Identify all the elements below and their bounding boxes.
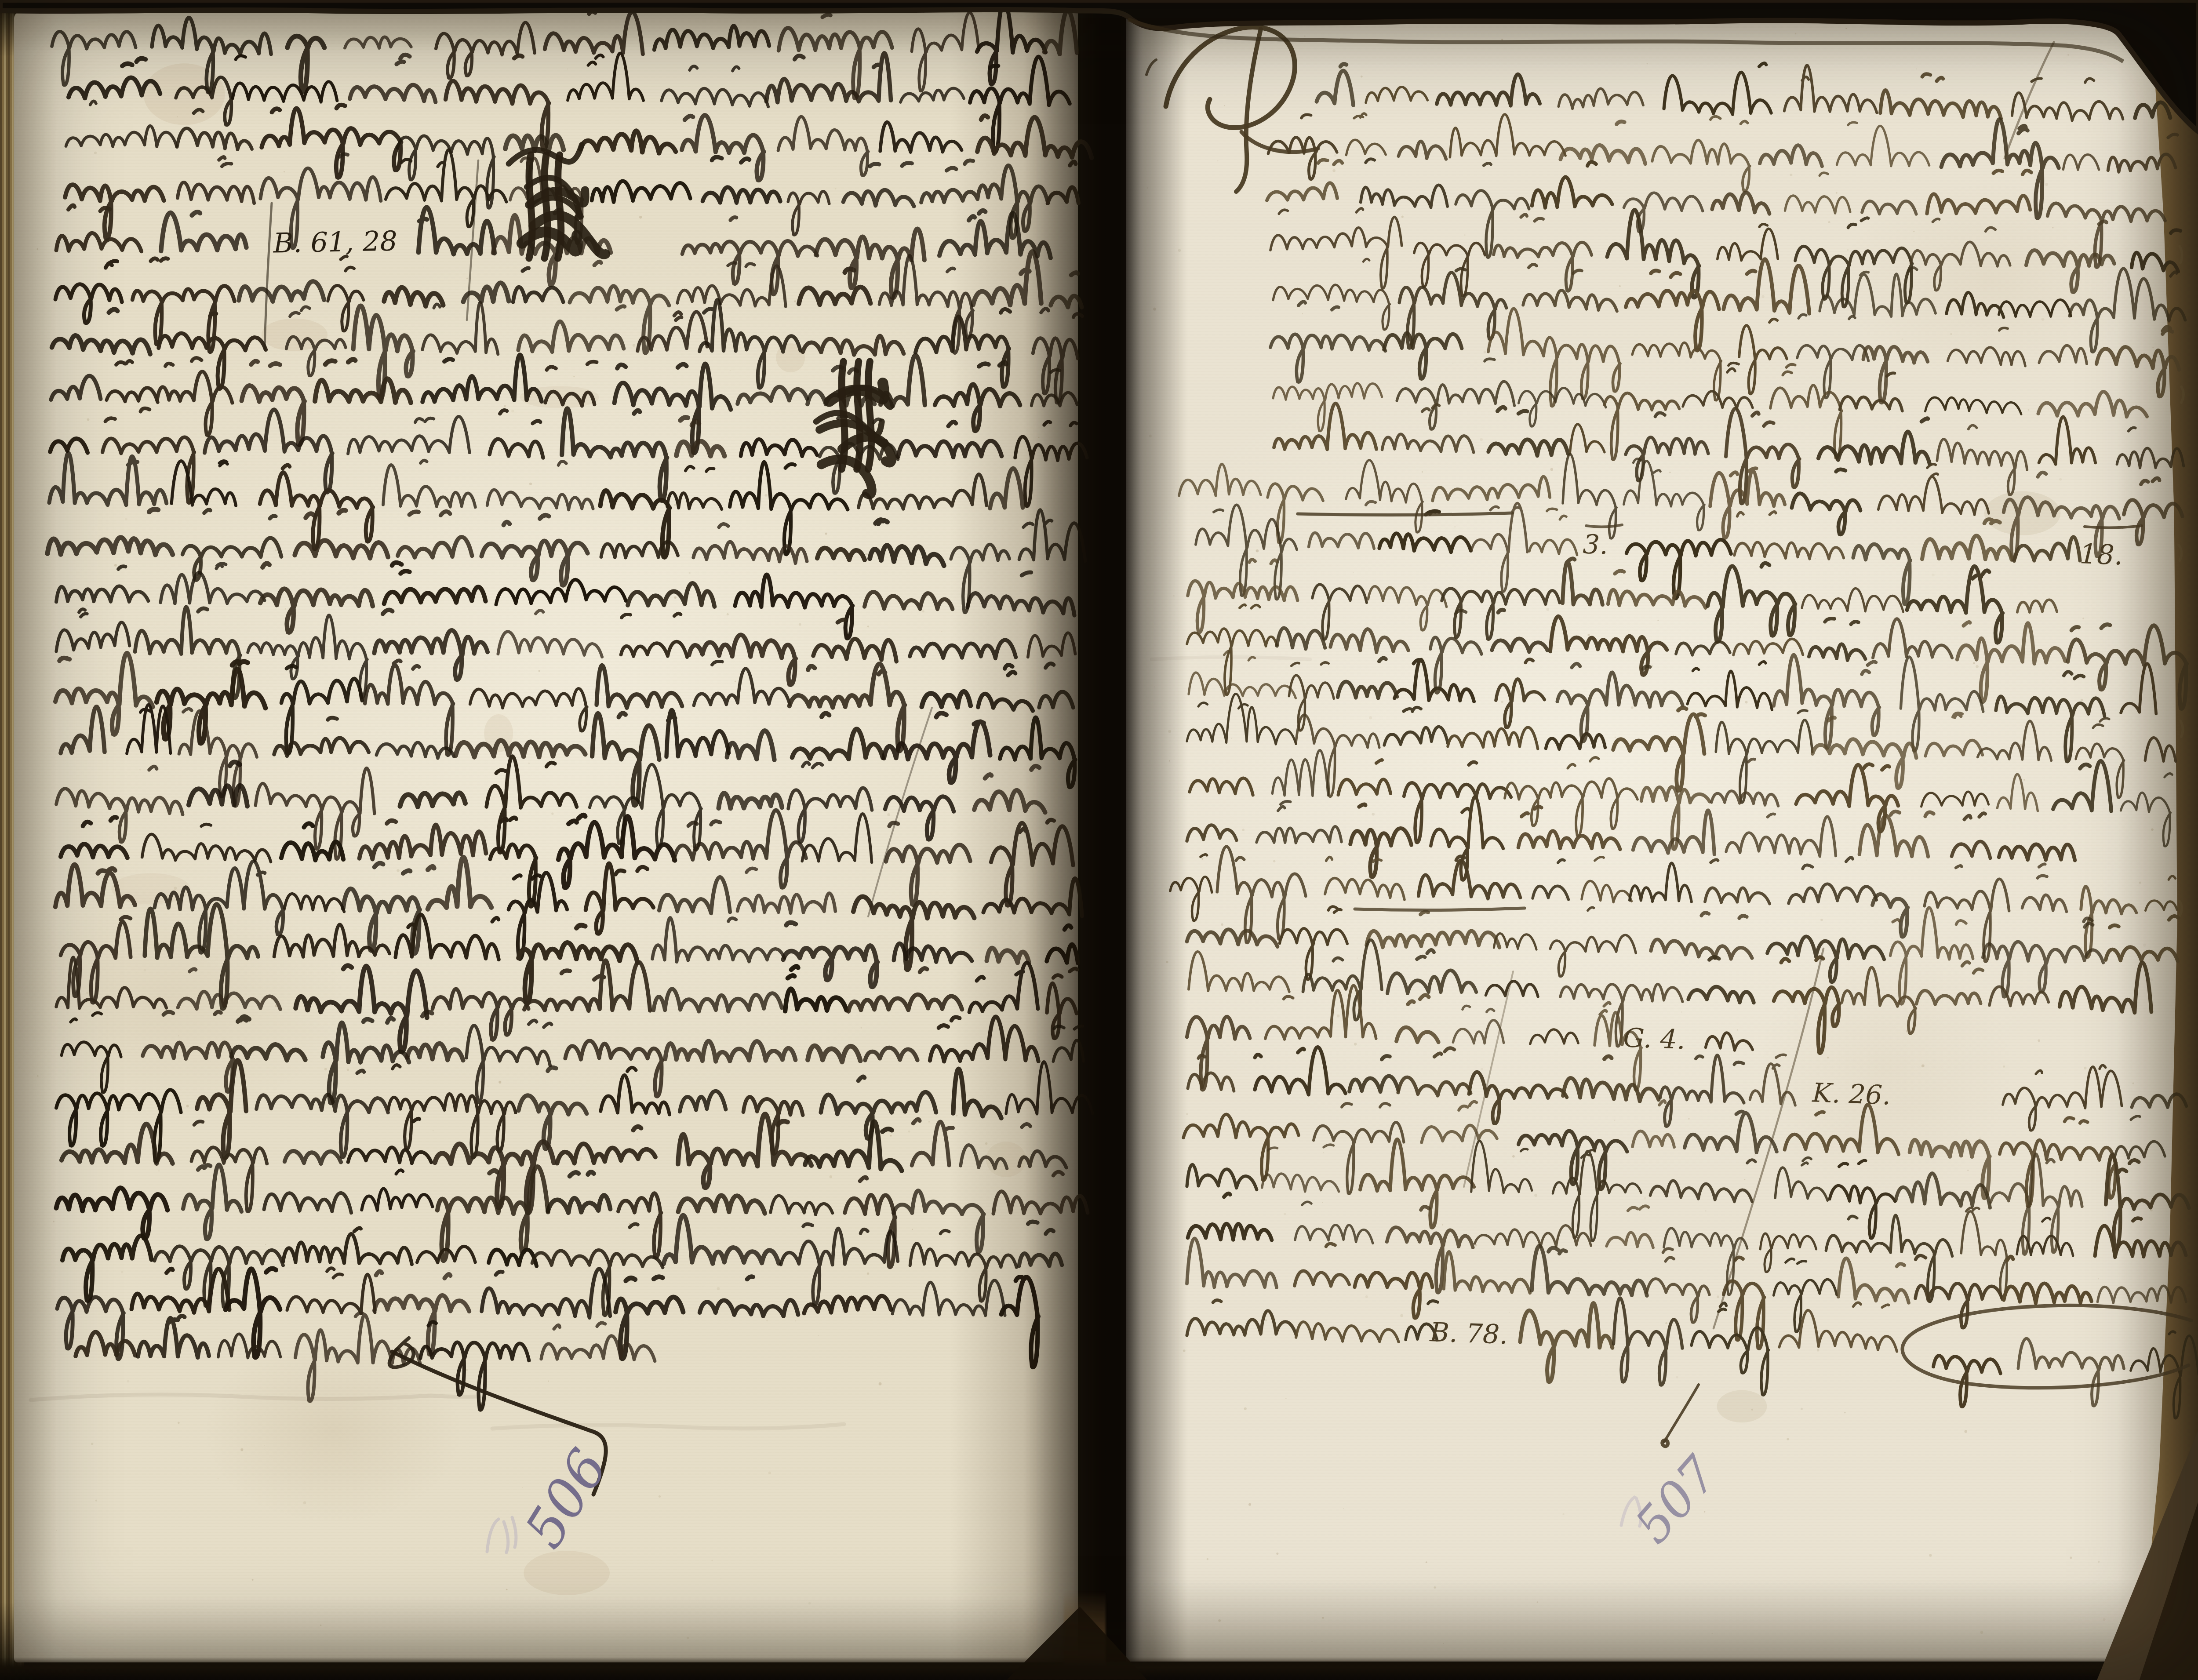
- right-page-top-edge-line: [1128, 19, 2123, 62]
- top-binding-edge: [0, 0, 2198, 1680]
- top-binding-shape: [0, 0, 2198, 132]
- manuscript-scan-canvas: B. 61, 283.18.G. 4.K. 26.B. 78. 506 507: [0, 0, 2198, 1680]
